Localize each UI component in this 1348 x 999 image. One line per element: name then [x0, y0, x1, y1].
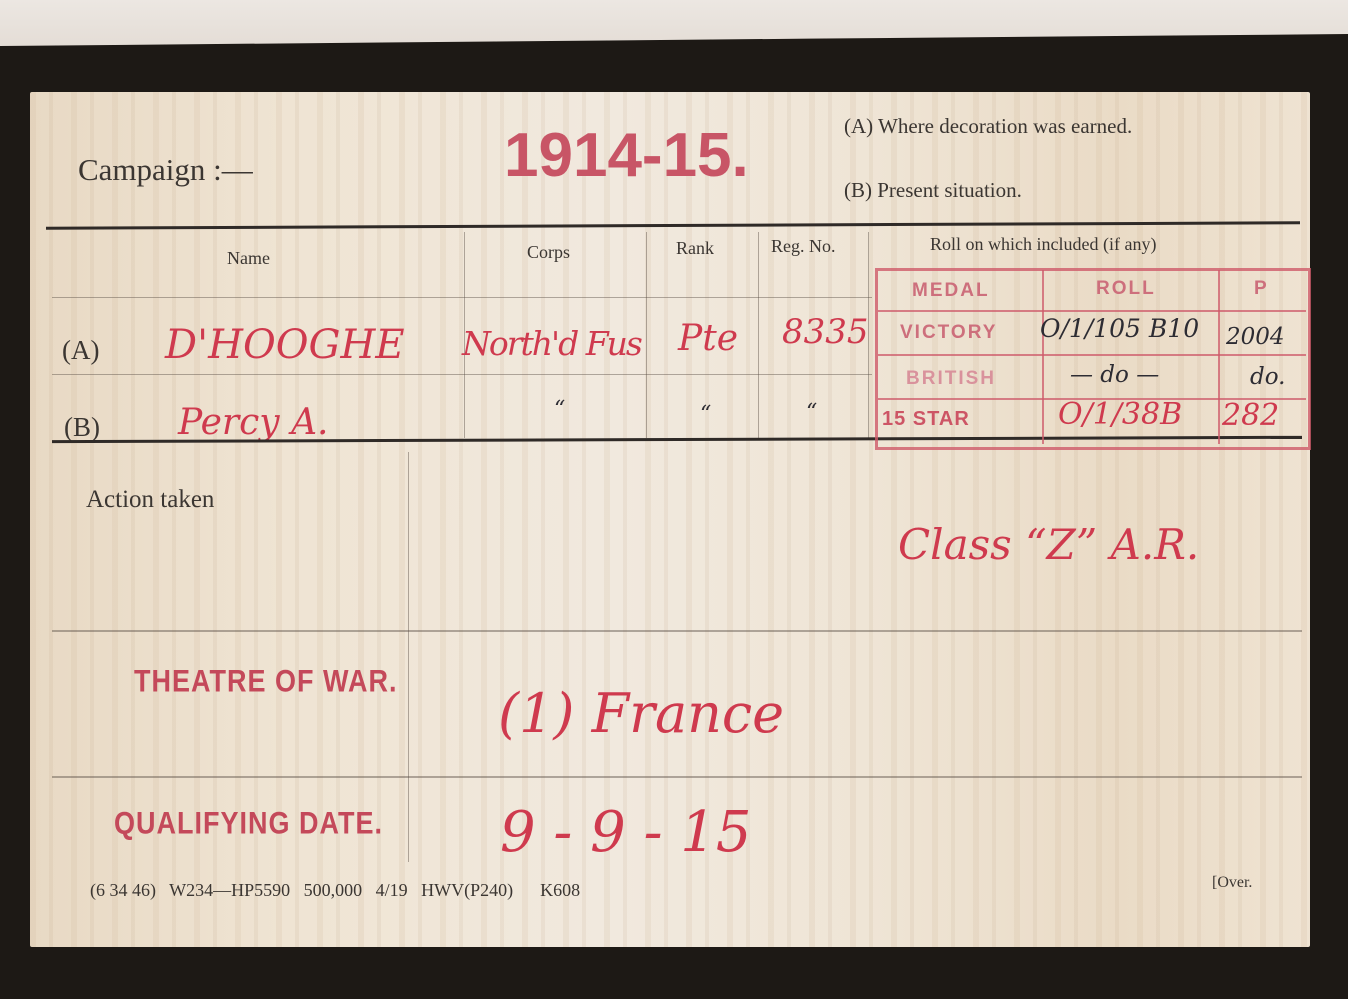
campaign-label: Campaign :— [78, 152, 253, 188]
roll-british-roll: — do — [1070, 362, 1159, 388]
column-header-name: Name [227, 248, 270, 269]
roll-stamp-header-medal: MEDAL [912, 280, 990, 302]
row-a-reg-no: 8335 [782, 312, 869, 352]
roll-stamp-header-roll: ROLL [1096, 278, 1156, 300]
row-a-rank: Pte [678, 318, 738, 359]
roll-stamp-header-page: P [1254, 278, 1267, 300]
column-header-corps: Corps [527, 242, 570, 263]
roll-star-roll: O/1/38B [1058, 397, 1182, 432]
roll-stamp-divider [878, 310, 1306, 312]
row-divider [52, 776, 1302, 778]
qualifying-date-value: 9 - 9 - 15 [500, 800, 752, 865]
roll-victory-page: 2004 [1226, 324, 1285, 350]
row-divider [52, 630, 1302, 632]
row-b-rank-ditto: “ [700, 402, 711, 427]
roll-victory-roll: O/1/105 B10 [1040, 314, 1199, 343]
header-divider [46, 221, 1300, 229]
column-header-rank: Rank [676, 238, 714, 259]
roll-stamp-medal-star: 15 STAR [882, 408, 970, 431]
column-header-reg-no: Reg. No. [771, 236, 836, 257]
column-header-roll: Roll on which included (if any) [930, 234, 1156, 255]
theatre-of-war-value: (1) France [498, 682, 784, 745]
medal-index-card: Campaign :— 1914-15. (A) Where decoratio… [30, 92, 1310, 947]
row-a-surname: D'HOOGHE [165, 322, 405, 368]
row-divider [52, 374, 872, 375]
qualifying-date-label: QUALIFYING DATE. [114, 806, 383, 842]
left-column-divider [408, 452, 409, 862]
row-b-forenames: Percy A. [178, 402, 329, 443]
legend-a: (A) Where decoration was earned. [844, 114, 1132, 139]
action-taken-label: Action taken [86, 486, 214, 514]
column-divider [758, 232, 759, 438]
roll-star-page: 282 [1222, 398, 1279, 433]
row-b-marker: (B) [64, 412, 100, 443]
column-divider [646, 232, 647, 438]
roll-stamp-divider [1218, 270, 1220, 444]
footer-over: [Over. [1212, 874, 1252, 892]
roll-british-page: do. [1250, 364, 1285, 390]
row-a-marker: (A) [62, 335, 99, 366]
roll-stamp-divider [878, 354, 1306, 356]
roll-stamp-medal-british: BRITISH [906, 368, 996, 390]
row-a-corps: North'd Fus [462, 324, 641, 363]
row-divider [52, 297, 872, 298]
action-taken-value: Class “Z” A.R. [898, 520, 1199, 569]
row-b-reg-no-ditto: “ [806, 400, 817, 425]
legend-b: (B) Present situation. [844, 178, 1022, 203]
roll-stamp-medal-victory: VICTORY [900, 322, 997, 344]
footer-print-code: (6 34 46) W234—HP5590 500,000 4/19 HWV(P… [90, 880, 580, 901]
row-b-corps-ditto: “ [554, 397, 565, 422]
theatre-of-war-label: THEATRE OF WAR. [134, 664, 397, 700]
roll-stamp-divider [1042, 270, 1044, 444]
campaign-year-stamp: 1914-15. [504, 120, 749, 191]
background-wall [0, 0, 1348, 46]
